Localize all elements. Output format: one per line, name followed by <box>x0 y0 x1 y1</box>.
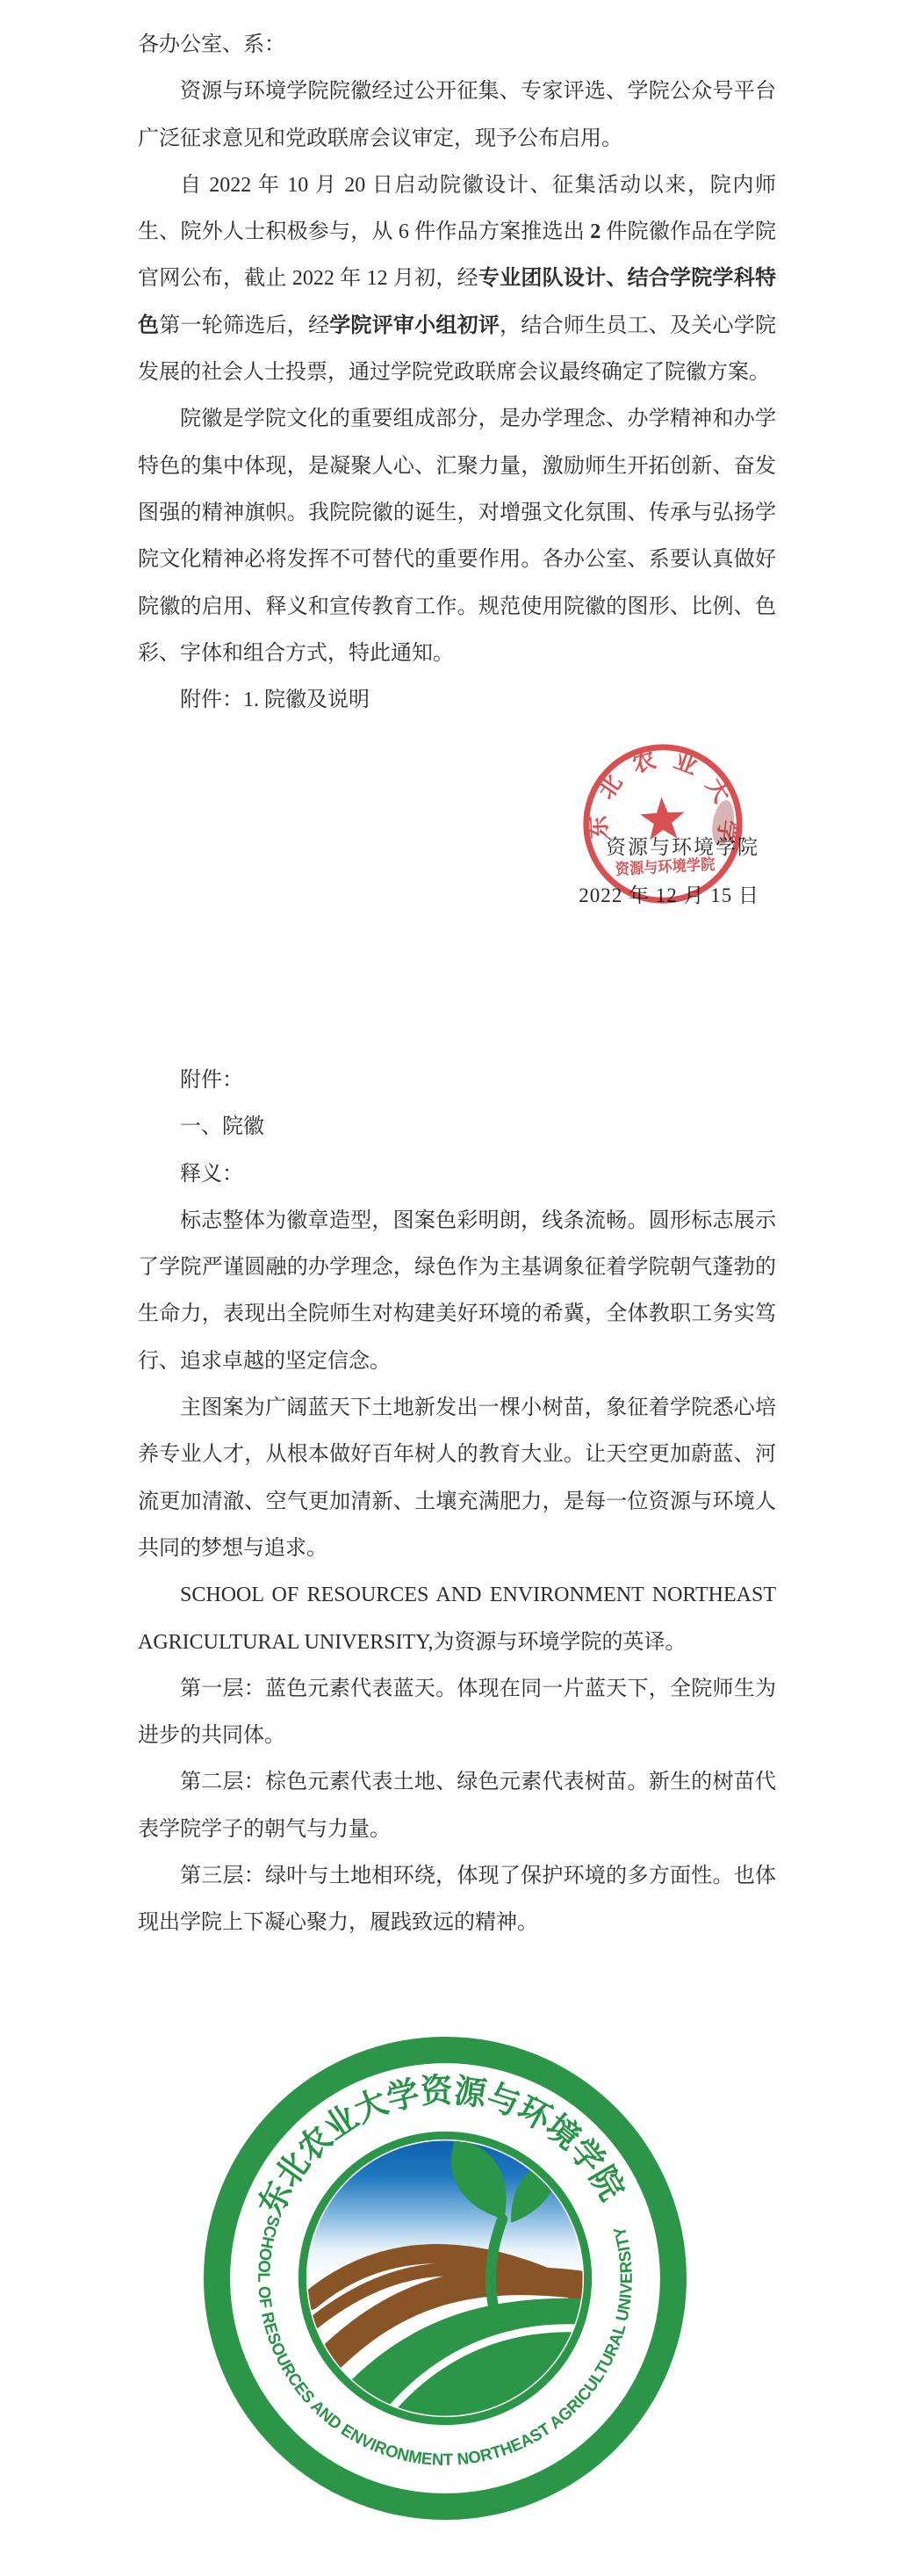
text-segment: 第一轮筛选后，经 <box>159 314 329 337</box>
paragraph: SCHOOL OF RESOURCES AND ENVIRONMENT NORT… <box>138 1572 776 1619</box>
bold-text-segment: 学院评审小组初评 <box>329 314 500 337</box>
paragraph: 附件： <box>138 1057 776 1104</box>
paragraph: 附件：1. 院徽及说明 <box>138 677 776 724</box>
attachment-paragraphs: 附件：一、院徽释义：标志整体为徽章造型，图案色彩明朗，线条流畅。圆形标志展示了学… <box>138 1057 776 1947</box>
text-segment: 第二层：棕色元素代表土地、绿色元素代表树苗。新生的树苗代表学院学子的朝气与力量。 <box>138 1771 776 1840</box>
paragraph: 第一层：蓝色元素代表蓝天。体现在同一片蓝天下，全院师生为进步的共同体。 <box>138 1666 776 1760</box>
text-segment: 释义： <box>180 1163 243 1186</box>
text-segment: 资源与环境学院院徽经过公开征集、专家评选、学院公众号平台广泛征求意见和党政联席会… <box>138 80 776 149</box>
paragraph: 标志整体为徽章造型，图案色彩明朗，线条流畅。圆形标志展示了学院严谨圆融的办学理念… <box>138 1198 776 1385</box>
text-segment: SCHOOL OF RESOURCES AND ENVIRONMENT NORT… <box>180 1584 776 1606</box>
text-segment: 院徽是学院文化的重要组成部分，是办学理念、办学精神和办学特色的集中体现，是凝聚人… <box>138 408 776 664</box>
paragraph: 自 2022 年 10 月 20 日启动院徽设计、征集活动以来，院内师生、院外人… <box>138 162 776 396</box>
text-segment: 主图案为广阔蓝天下土地新发出一棵小树苗，象征着学院悉心培养专业人才，从根本做好百… <box>138 1396 776 1560</box>
college-emblem-graphic: 东北农业大学资源与环境学院 SCHOOL OF RESOURCES AND EN… <box>203 2036 687 2521</box>
notice-body: 各办公室、系： 资源与环境学院院徽经过公开征集、专家评选、学院公众号平台广泛征求… <box>138 22 776 724</box>
date: 2022 年 12 月 15 日 <box>579 879 759 908</box>
notice-paragraphs: 资源与环境学院院徽经过公开征集、专家评选、学院公众号平台广泛征求意见和党政联席会… <box>138 69 776 724</box>
text-segment: 标志整体为徽章造型，图案色彩明朗，线条流畅。圆形标志展示了学院严谨圆融的办学理念… <box>138 1209 776 1373</box>
text-segment: 第三层：绿叶与土地相环绕，体现了保护环境的多方面性。也体现出学院上下凝心聚力，履… <box>138 1865 776 1934</box>
college-emblem: 东北农业大学资源与环境学院 SCHOOL OF RESOURCES AND EN… <box>203 2036 687 2521</box>
paragraph: 院徽是学院文化的重要组成部分，是办学理念、办学精神和办学特色的集中体现，是凝聚人… <box>138 396 776 677</box>
text-segment: 一、院徽 <box>180 1115 264 1138</box>
salutation: 各办公室、系： <box>138 22 776 69</box>
text-segment: AGRICULTURAL UNIVERSITY,为资源与环境学院的英译。 <box>138 1631 686 1654</box>
paragraph: 第二层：棕色元素代表土地、绿色元素代表树苗。新生的树苗代表学院学子的朝气与力量。 <box>138 1759 776 1853</box>
paragraph: AGRICULTURAL UNIVERSITY,为资源与环境学院的英译。 <box>138 1620 776 1666</box>
paragraph: 主图案为广阔蓝天下土地新发出一棵小树苗，象征着学院悉心培养专业人才，从根本做好百… <box>138 1385 776 1572</box>
paragraph: 第三层：绿叶与土地相环绕，体现了保护环境的多方面性。也体现出学院上下凝心聚力，履… <box>138 1853 776 1947</box>
signature: 资源与环境学院 <box>606 831 759 860</box>
paragraph: 资源与环境学院院徽经过公开征集、专家评选、学院公众号平台广泛征求意见和党政联席会… <box>138 69 776 162</box>
paragraph: 一、院徽 <box>138 1104 776 1151</box>
paragraph: 释义： <box>138 1151 776 1198</box>
scanned-notice-page: 各办公室、系： 资源与环境学院院徽经过公开征集、专家评选、学院公众号平台广泛征求… <box>0 0 899 2576</box>
attachment-body: 附件：一、院徽释义：标志整体为徽章造型，图案色彩明朗，线条流畅。圆形标志展示了学… <box>138 1057 776 1947</box>
text-segment: 附件：1. 院徽及说明 <box>180 689 370 711</box>
bold-text-segment: 2 <box>590 220 601 243</box>
text-segment: 第一层：蓝色元素代表蓝天。体现在同一片蓝天下，全院师生为进步的共同体。 <box>138 1678 776 1747</box>
text-segment: 附件： <box>180 1069 243 1092</box>
